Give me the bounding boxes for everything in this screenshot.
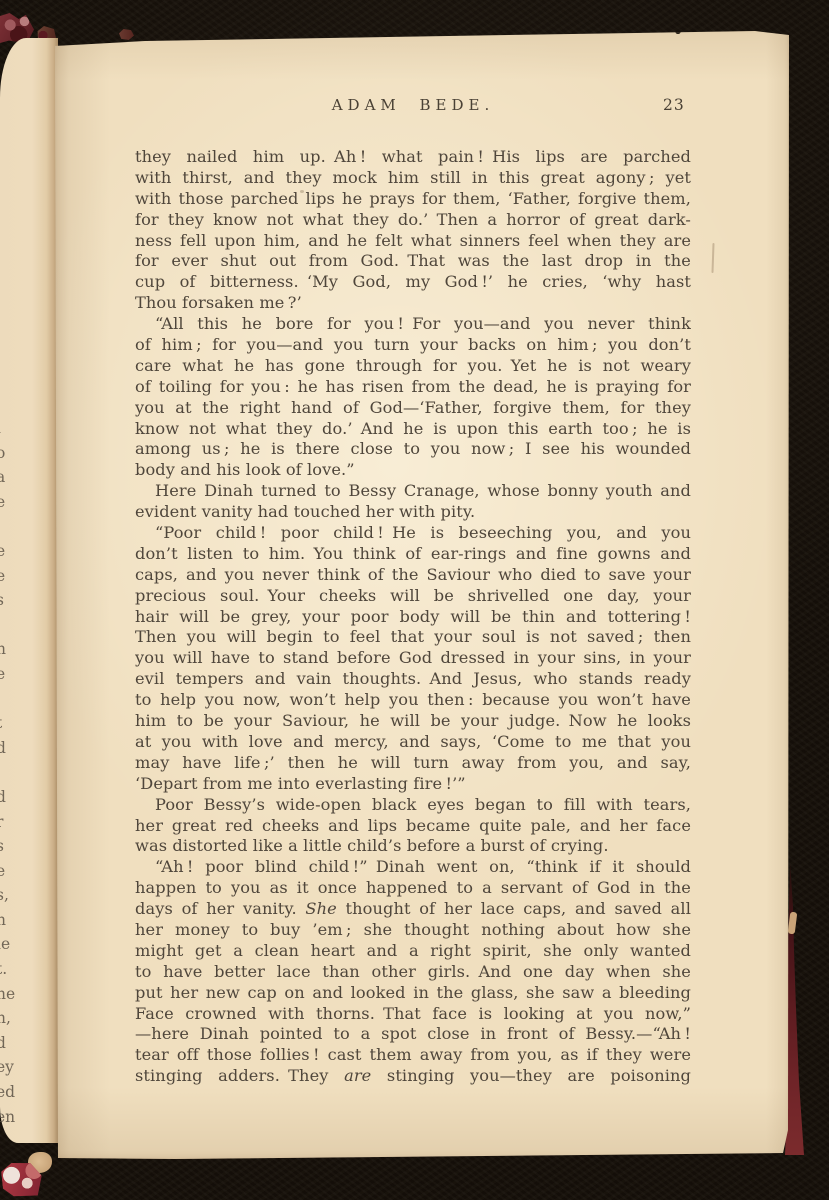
text-fragment: d	[0, 736, 18, 761]
text-line: at you with love and mercy, and says, ‘C…	[135, 732, 691, 753]
text-line: “Ah ! poor blind child !” Dinah went on,…	[135, 857, 691, 878]
text-fragment: n,	[0, 1006, 18, 1031]
text-fragment: s	[0, 834, 18, 859]
text-line: care what he has gone through for you. Y…	[135, 356, 691, 377]
text-fragment: le	[0, 932, 18, 957]
text-line: her money to buy ’em ; she thought nothi…	[135, 920, 691, 941]
paragraph: “Poor child ! poor child ! He is beseech…	[135, 523, 691, 795]
text-line: tear off those follies ! cast them away …	[135, 1045, 691, 1066]
text-fragment: l	[0, 416, 18, 441]
text-line: “All this he bore for you ! For you—and …	[135, 314, 691, 335]
page-speck	[520, 1030, 524, 1033]
text-line: ‘Depart from me into everlasting fire !’…	[135, 774, 691, 795]
text-line: among us ; he is there close to you now …	[135, 439, 691, 460]
text-line: Poor Bessy’s wide-open black eyes began …	[135, 795, 691, 816]
text-line: to help you now, won’t help you then : b…	[135, 690, 691, 711]
text-line: happen to you as it once happened to a s…	[135, 878, 691, 899]
text-line: may have life ;’ then he will turn away …	[135, 753, 691, 774]
text-fragment	[0, 514, 18, 539]
text-line: with thirst, and they mock him still in …	[135, 168, 691, 189]
facing-page-edge: loaeees;he:tddrses,nlet.nen,deyeden	[0, 38, 58, 1143]
text-line: her great red cheeks and lips became qui…	[135, 816, 691, 837]
text-line: hair will be grey, your poor body will b…	[135, 607, 691, 628]
paragraph: they nailed him up. Ah ! what pain ! His…	[135, 147, 691, 314]
text-fragment: ne	[0, 982, 18, 1007]
text-line: you at the right hand of God—‘Father, fo…	[135, 398, 691, 419]
book-page: ADAM BEDE. 23 they nailed him up. Ah ! w…	[55, 30, 792, 1162]
text-fragment: d	[0, 785, 18, 810]
text-fragment: n	[0, 908, 18, 933]
text-line: —here Dinah pointed to a spot close in f…	[135, 1024, 691, 1045]
paragraph: Poor Bessy’s wide-open black eyes began …	[135, 795, 691, 858]
text-line: for ever shut out from God. That was the…	[135, 251, 691, 272]
text-line: Thou forsaken me ?’	[135, 293, 691, 314]
text-fragment: e	[0, 539, 18, 564]
book-photograph: loaeees;he:tddrses,nlet.nen,deyeden ADAM…	[0, 0, 829, 1200]
text-line: body and his look of love.”	[135, 460, 691, 481]
text-fragment: s,	[0, 883, 18, 908]
text-line: don’t listen to him. You think of ear-ri…	[135, 544, 691, 565]
text-line: evident vanity had touched her with pity…	[135, 502, 691, 523]
text-fragment: d	[0, 1031, 18, 1056]
text-fragment: :	[0, 687, 18, 712]
text-fragment: en	[0, 1105, 18, 1130]
page-crease-mark	[711, 243, 714, 273]
text-fragment: t.	[0, 957, 18, 982]
text-fragment: h	[0, 637, 18, 662]
text-fragment: o	[0, 441, 18, 466]
facing-page-text-fragments: loaeees;he:tddrses,nlet.nen,deyeden	[0, 416, 18, 1129]
text-fragment: r	[0, 810, 18, 835]
text-line: to have better lace than other girls. An…	[135, 962, 691, 983]
text-line: put her new cap on and looked in the gla…	[135, 983, 691, 1004]
text-line: him to be your Saviour, he will be your …	[135, 711, 691, 732]
text-line: cup of bitterness. ‘My God, my God !’ he…	[135, 272, 691, 293]
text-line: might get a clean heart and a right spir…	[135, 941, 691, 962]
text-fragment: e	[0, 490, 18, 515]
text-line: Here Dinah turned to Bessy Cranage, whos…	[135, 481, 691, 502]
paragraph: “Ah ! poor blind child !” Dinah went on,…	[135, 857, 691, 1087]
text-line: of toiling for you : he has risen from t…	[135, 377, 691, 398]
text-fragment	[0, 760, 18, 785]
page-number: 23	[663, 96, 685, 114]
text-fragment: e	[0, 662, 18, 687]
running-header-title: ADAM BEDE.	[135, 96, 691, 114]
text-line: days of her vanity. She thought of her l…	[135, 899, 691, 920]
text-fragment: e	[0, 859, 18, 884]
text-line: precious soul. Your cheeks will be shriv…	[135, 586, 691, 607]
text-line: Then you will begin to feel that your so…	[135, 627, 691, 648]
text-line: stinging adders. They are stinging you—t…	[135, 1066, 691, 1087]
text-fragment: a	[0, 465, 18, 490]
text-fragment: t	[0, 711, 18, 736]
text-line: evil tempers and vain thoughts. And Jesu…	[135, 669, 691, 690]
page-speck	[300, 190, 304, 193]
text-fragment: ;	[0, 613, 18, 638]
text-line: caps, and you never think of the Saviour…	[135, 565, 691, 586]
text-line: you will have to stand before God dresse…	[135, 648, 691, 669]
text-line: with those parched lips he prays for the…	[135, 189, 691, 210]
paragraph: “All this he bore for you ! For you—and …	[135, 314, 691, 481]
text-line: know not what they do.’ And he is upon t…	[135, 419, 691, 440]
running-header: ADAM BEDE. 23	[135, 96, 691, 118]
text-line: for they know not what they do.’ Then a …	[135, 210, 691, 231]
text-line: of him ; for you—and you turn your backs…	[135, 335, 691, 356]
paragraph: Here Dinah turned to Bessy Cranage, whos…	[135, 481, 691, 523]
text-fragment: e	[0, 564, 18, 589]
text-line: “Poor child ! poor child ! He is beseech…	[135, 523, 691, 544]
text-line: ness fell upon him, and he felt what sin…	[135, 231, 691, 252]
text-fragment: ed	[0, 1080, 18, 1105]
text-line: they nailed him up. Ah ! what pain ! His…	[135, 147, 691, 168]
text-line: was distorted like a little child’s befo…	[135, 836, 691, 857]
text-fragment: ey	[0, 1055, 18, 1080]
text-line: Face crowned with thorns. That face is l…	[135, 1004, 691, 1025]
page-text: they nailed him up. Ah ! what pain ! His…	[135, 147, 691, 1087]
text-fragment: s	[0, 588, 18, 613]
